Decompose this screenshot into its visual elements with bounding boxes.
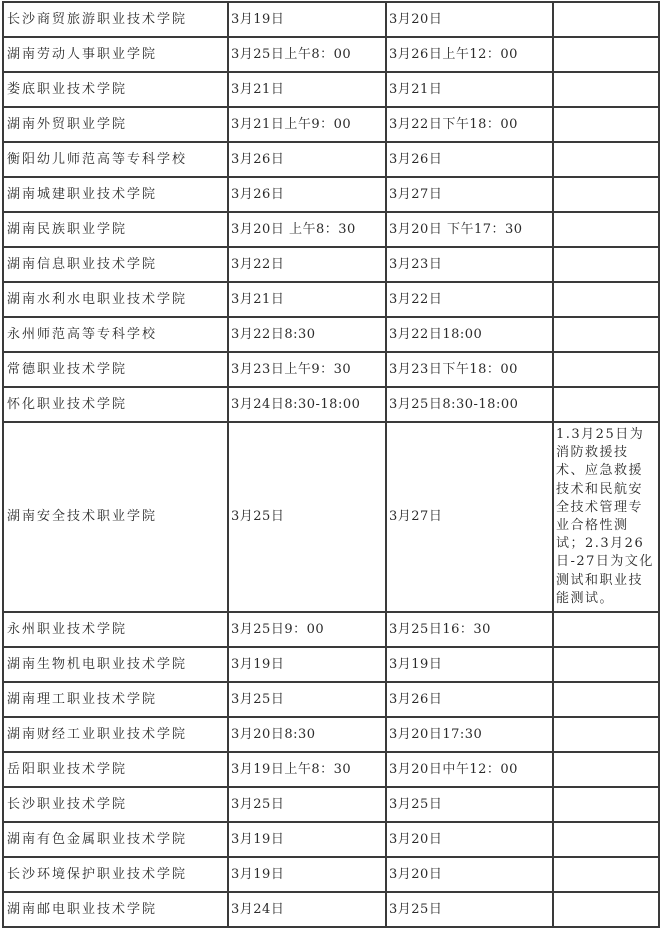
start-time-cell: 3月23日上午9：30: [228, 352, 386, 387]
note-cell: [553, 282, 659, 317]
table-row: 衡阳幼儿师范高等专科学校3月26日3月26日: [3, 142, 659, 177]
school-name-cell: 岳阳职业技术学院: [3, 752, 228, 787]
table-row: 长沙环境保护职业技术学院3月19日3月20日: [3, 857, 659, 892]
start-time-cell: 3月25日: [228, 682, 386, 717]
end-time-cell: 3月20日: [386, 2, 553, 37]
note-cell: [553, 212, 659, 247]
school-name-cell: 长沙商贸旅游职业技术学院: [3, 2, 228, 37]
school-name-cell: 永州师范高等专科学校: [3, 317, 228, 352]
start-time-cell: 3月19日: [228, 647, 386, 682]
table-row: 永州师范高等专科学校3月22日8:303月22日18:00: [3, 317, 659, 352]
table-row: 湖南民族职业学院3月20日 上午8：303月20日 下午17：30: [3, 212, 659, 247]
note-cell: [553, 387, 659, 422]
note-cell: [553, 352, 659, 387]
note-cell: [553, 72, 659, 107]
start-time-cell: 3月22日8:30: [228, 317, 386, 352]
school-name-cell: 湖南财经工业职业技术学院: [3, 717, 228, 752]
table-row: 湖南信息职业技术学院3月22日3月23日: [3, 247, 659, 282]
note-cell: 1.3月25日为消防救援技术、应急救援技术和民航安全技术管理专业合格性测试；2.…: [553, 422, 659, 612]
school-name-cell: 湖南有色金属职业技术学院: [3, 822, 228, 857]
end-time-cell: 3月26日: [386, 682, 553, 717]
end-time-cell: 3月25日8:30-18:00: [386, 387, 553, 422]
end-time-cell: 3月25日16：30: [386, 612, 553, 647]
start-time-cell: 3月19日: [228, 822, 386, 857]
note-cell: [553, 892, 659, 927]
table-row: 湖南有色金属职业技术学院3月19日3月20日: [3, 822, 659, 857]
table-row: 湖南安全技术职业学院3月25日3月27日1.3月25日为消防救援技术、应急救援技…: [3, 422, 659, 612]
school-name-cell: 湖南邮电职业技术学院: [3, 892, 228, 927]
school-name-cell: 湖南安全技术职业学院: [3, 422, 228, 612]
table-row: 湖南劳动人事职业学院3月25日上午8：003月26日上午12：00: [3, 37, 659, 72]
start-time-cell: 3月19日: [228, 857, 386, 892]
note-cell: [553, 37, 659, 72]
note-cell: [553, 317, 659, 352]
end-time-cell: 3月22日下午18：00: [386, 107, 553, 142]
school-name-cell: 永州职业技术学院: [3, 612, 228, 647]
table-row: 湖南外贸职业学院3月21日上午9：003月22日下午18：00: [3, 107, 659, 142]
end-time-cell: 3月20日: [386, 857, 553, 892]
end-time-cell: 3月20日: [386, 822, 553, 857]
note-cell: [553, 752, 659, 787]
note-cell: [553, 857, 659, 892]
table-row: 永州职业技术学院3月25日9：003月25日16：30: [3, 612, 659, 647]
note-cell: [553, 787, 659, 822]
start-time-cell: 3月21日: [228, 282, 386, 317]
school-name-cell: 湖南民族职业学院: [3, 212, 228, 247]
note-cell: [553, 612, 659, 647]
school-name-cell: 娄底职业技术学院: [3, 72, 228, 107]
start-time-cell: 3月22日: [228, 247, 386, 282]
start-time-cell: 3月24日: [228, 892, 386, 927]
table-row: 湖南城建职业技术学院3月26日3月27日: [3, 177, 659, 212]
end-time-cell: 3月19日: [386, 647, 553, 682]
table-row: 湖南财经工业职业技术学院3月20日8:303月20日17:30: [3, 717, 659, 752]
school-name-cell: 湖南水利水电职业技术学院: [3, 282, 228, 317]
start-time-cell: 3月26日: [228, 177, 386, 212]
table-row: 湖南理工职业技术学院3月25日3月26日: [3, 682, 659, 717]
start-time-cell: 3月19日: [228, 2, 386, 37]
end-time-cell: 3月22日18:00: [386, 317, 553, 352]
school-name-cell: 湖南外贸职业学院: [3, 107, 228, 142]
note-cell: [553, 682, 659, 717]
end-time-cell: 3月26日上午12：00: [386, 37, 553, 72]
start-time-cell: 3月25日上午8：00: [228, 37, 386, 72]
school-name-cell: 长沙职业技术学院: [3, 787, 228, 822]
start-time-cell: 3月21日: [228, 72, 386, 107]
school-name-cell: 湖南理工职业技术学院: [3, 682, 228, 717]
end-time-cell: 3月23日下午18：00: [386, 352, 553, 387]
end-time-cell: 3月26日: [386, 142, 553, 177]
school-name-cell: 长沙环境保护职业技术学院: [3, 857, 228, 892]
note-cell: [553, 142, 659, 177]
note-cell: [553, 247, 659, 282]
end-time-cell: 3月20日中午12：00: [386, 752, 553, 787]
table-row: 怀化职业技术学院3月24日8:30-18:003月25日8:30-18:00: [3, 387, 659, 422]
table-row: 长沙商贸旅游职业技术学院3月19日3月20日: [3, 2, 659, 37]
note-cell: [553, 822, 659, 857]
note-cell: [553, 107, 659, 142]
school-name-cell: 怀化职业技术学院: [3, 387, 228, 422]
school-name-cell: 湖南生物机电职业技术学院: [3, 647, 228, 682]
table-row: 娄底职业技术学院3月21日3月21日: [3, 72, 659, 107]
school-name-cell: 湖南城建职业技术学院: [3, 177, 228, 212]
end-time-cell: 3月27日: [386, 422, 553, 612]
table-row: 湖南邮电职业技术学院3月24日3月25日: [3, 892, 659, 927]
table-body: 长沙商贸旅游职业技术学院3月19日3月20日 湖南劳动人事职业学院3月25日上午…: [3, 2, 659, 927]
end-time-cell: 3月22日: [386, 282, 553, 317]
end-time-cell: 3月23日: [386, 247, 553, 282]
table-row: 湖南水利水电职业技术学院3月21日3月22日: [3, 282, 659, 317]
start-time-cell: 3月24日8:30-18:00: [228, 387, 386, 422]
note-cell: [553, 2, 659, 37]
start-time-cell: 3月25日9：00: [228, 612, 386, 647]
start-time-cell: 3月21日上午9：00: [228, 107, 386, 142]
end-time-cell: 3月25日: [386, 892, 553, 927]
school-name-cell: 衡阳幼儿师范高等专科学校: [3, 142, 228, 177]
start-time-cell: 3月25日: [228, 787, 386, 822]
start-time-cell: 3月20日 上午8：30: [228, 212, 386, 247]
note-cell: [553, 647, 659, 682]
table-row: 湖南生物机电职业技术学院3月19日3月19日: [3, 647, 659, 682]
end-time-cell: 3月21日: [386, 72, 553, 107]
school-name-cell: 常德职业技术学院: [3, 352, 228, 387]
end-time-cell: 3月25日: [386, 787, 553, 822]
table-row: 常德职业技术学院3月23日上午9：303月23日下午18：00: [3, 352, 659, 387]
end-time-cell: 3月27日: [386, 177, 553, 212]
exam-schedule-table: 长沙商贸旅游职业技术学院3月19日3月20日 湖南劳动人事职业学院3月25日上午…: [2, 1, 660, 928]
table-row: 长沙职业技术学院3月25日3月25日: [3, 787, 659, 822]
end-time-cell: 3月20日17:30: [386, 717, 553, 752]
school-name-cell: 湖南信息职业技术学院: [3, 247, 228, 282]
school-name-cell: 湖南劳动人事职业学院: [3, 37, 228, 72]
note-cell: [553, 177, 659, 212]
start-time-cell: 3月25日: [228, 422, 386, 612]
note-cell: [553, 717, 659, 752]
end-time-cell: 3月20日 下午17：30: [386, 212, 553, 247]
start-time-cell: 3月26日: [228, 142, 386, 177]
start-time-cell: 3月19日上午8：30: [228, 752, 386, 787]
table-row: 岳阳职业技术学院3月19日上午8：303月20日中午12：00: [3, 752, 659, 787]
start-time-cell: 3月20日8:30: [228, 717, 386, 752]
